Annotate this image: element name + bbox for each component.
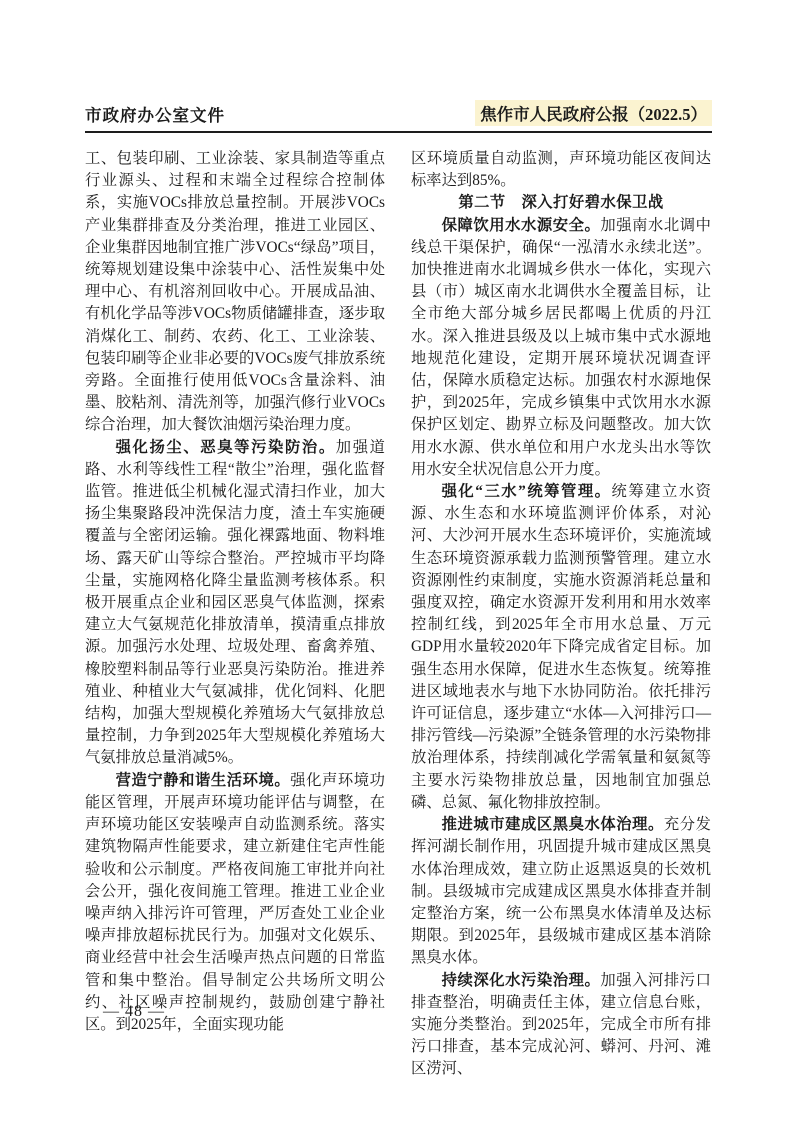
- paragraph-quiet-environment: 营造宁静和谐生活环境。强化声环境功能区管理，开展声环境功能评估与调整，在声环境功…: [85, 770, 385, 1036]
- paragraph-dust-odor: 强化扬尘、恶臭等污染防治。加强道路、水利等线性工程“散尘”治理，强化监督监管。推…: [85, 437, 385, 770]
- two-column-body: 工、包装印刷、工业涂装、家具制造等重点行业源头、过程和末端全过程综合控制体系，实…: [85, 148, 712, 1081]
- paragraph-continuation: 区环境质量自动监测，声环境功能区夜间达标率达到85%。: [411, 148, 711, 192]
- gazette-page: 市政府办公室文件 焦作市人民政府公报（2022.5） 工、包装印刷、工业涂装、家…: [0, 0, 793, 1122]
- paragraph-lead: 营造宁静和谐生活环境。: [116, 772, 291, 789]
- paragraph-body: 加强南水北调中线总干渠保护，确保“一泓清水永续北送”。加快推进南水北调城乡供水一…: [411, 217, 711, 478]
- paragraph-body: 强化声环境功能区管理，开展声环境功能评估与调整，在声环境功能区安装噪声自动监测系…: [85, 772, 385, 1033]
- paragraph-lead: 强化扬尘、恶臭等污染防治。: [116, 439, 336, 456]
- page-number: — 48 —: [103, 1003, 165, 1021]
- paragraph-lead: 强化“三水”统筹管理。: [442, 483, 612, 500]
- header-document-type: 市政府办公室文件: [85, 102, 225, 126]
- header-gazette-title: 焦作市人民政府公报（2022.5）: [475, 100, 712, 126]
- paragraph-black-odorous-water: 推进城市建成区黑臭水体治理。充分发挥河湖长制作用，巩固提升城市建成区黑臭水体治理…: [411, 814, 711, 969]
- paragraph-body: 统筹建立水资源、水生态和水环境监测评价体系，对沁河、大沙河开展水生态环境评价，实…: [411, 483, 711, 811]
- right-column: 区环境质量自动监测，声环境功能区夜间达标率达到85%。 第二节 深入打好碧水保卫…: [411, 148, 711, 1081]
- section-heading: 第二节 深入打好碧水保卫战: [411, 192, 711, 214]
- paragraph-drinking-water: 保障饮用水水源安全。加强南水北调中线总干渠保护，确保“一泓清水永续北送”。加快推…: [411, 215, 711, 481]
- paragraph-three-waters: 强化“三水”统筹管理。统筹建立水资源、水生态和水环境监测评价体系，对沁河、大沙河…: [411, 481, 711, 814]
- left-column: 工、包装印刷、工业涂装、家具制造等重点行业源头、过程和末端全过程综合控制体系，实…: [85, 148, 385, 1081]
- running-header: 市政府办公室文件 焦作市人民政府公报（2022.5）: [85, 100, 712, 133]
- paragraph-lead: 推进城市建成区黑臭水体治理。: [442, 816, 664, 833]
- page-content: 市政府办公室文件 焦作市人民政府公报（2022.5） 工、包装印刷、工业涂装、家…: [85, 100, 712, 1081]
- paragraph-body: 加强道路、水利等线性工程“散尘”治理，强化监督监管。推进低尘机械化湿式清扫作业，…: [85, 439, 385, 767]
- paragraph-lead: 持续深化水污染治理。: [442, 972, 601, 989]
- paragraph-continuation: 工、包装印刷、工业涂装、家具制造等重点行业源头、过程和末端全过程综合控制体系，实…: [85, 148, 385, 437]
- paragraph-water-pollution: 持续深化水污染治理。加强入河排污口排查整治，明确责任主体，建立信息台账，实施分类…: [411, 970, 711, 1081]
- paragraph-lead: 保障饮用水水源安全。: [442, 217, 601, 234]
- paragraph-body: 充分发挥河湖长制作用，巩固提升城市建成区黑臭水体治理成效，建立防止返黑返臭的长效…: [411, 816, 711, 966]
